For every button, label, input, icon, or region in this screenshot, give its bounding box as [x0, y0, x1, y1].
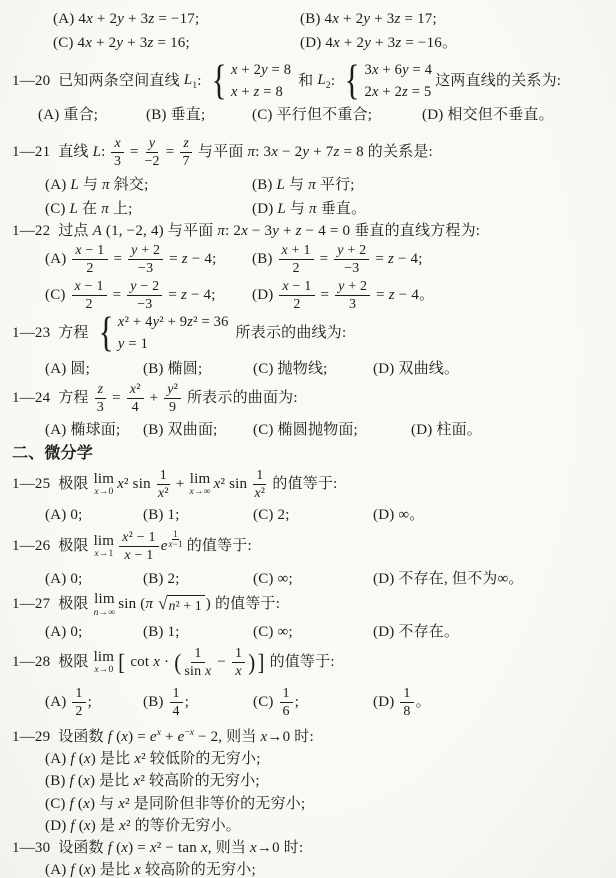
- equation-system: {3x + 6y = 42x + 2z = 5: [342, 60, 432, 104]
- text: (B): [252, 176, 277, 196]
- text: (A): [53, 10, 78, 30]
- math-fraction: x² − 1x − 1: [119, 530, 159, 564]
- math-fraction: y − 2−3: [127, 279, 162, 313]
- equation-system: {x² + 4y² + 9z² = 36y = 1: [96, 312, 229, 356]
- fraction-denominator: 7: [183, 153, 190, 169]
- math-text: L: [277, 200, 286, 220]
- fraction-numerator: z: [180, 136, 192, 153]
- limit-subscript: x→0: [94, 488, 113, 498]
- text: (D) ∞。: [373, 506, 424, 526]
- text: 1—29 设函数: [12, 728, 108, 748]
- cell: (B) 1;: [143, 623, 253, 643]
- fraction-denominator: −3: [137, 296, 152, 312]
- system-equations: x² + 4y² + 9z² = 36y = 1: [118, 312, 229, 356]
- text: (D): [252, 286, 277, 306]
- question-1-25: 1—25 极限 limx→0x² sin 1x² + limx→∞x² sin …: [12, 468, 338, 502]
- question-1-20: 1—20 已知两条空间直线 L1: {x + 2y = 8x + z = 8 和…: [12, 60, 561, 104]
- text: (C) ∞;: [253, 623, 293, 643]
- text: (B): [300, 10, 325, 30]
- exp-fraction-term: e1x−1: [161, 537, 183, 557]
- cell: (D) ∞。: [373, 506, 424, 526]
- fraction-denominator: 4: [173, 703, 180, 719]
- text: 1—26 极限: [12, 537, 93, 557]
- cell: (B) 椭圆;: [143, 360, 253, 380]
- math-fraction: 14: [170, 686, 183, 720]
- fraction-denominator: x²: [254, 485, 265, 501]
- cell: 1—30 设函数 f (x) = x² − tan x, 则当 x→0 时:: [12, 839, 303, 859]
- cell: 1—26 极限 limx→1x² − 1x − 1e1x−1 的值等于:: [12, 530, 252, 564]
- math-text: =: [317, 286, 334, 306]
- text: (D) 不存在。: [373, 623, 459, 643]
- system-equation: 3x + 6y = 4: [365, 60, 433, 82]
- cell: 1—23 方程 {x² + 4y² + 9z² = 36y = 1 所表示的曲线…: [12, 312, 346, 356]
- text: , 则当: [208, 839, 250, 859]
- math-text: π: [309, 200, 317, 220]
- text: :: [101, 143, 109, 163]
- math-text: x²: [133, 772, 145, 792]
- text: 1—23 方程: [12, 324, 93, 344]
- math-text: +: [161, 728, 178, 748]
- system-equations: x + 2y = 8x + z = 8: [231, 60, 291, 104]
- cell: (A) x − 12 = y + 2−3 = z − 4;: [45, 243, 252, 277]
- math-fraction: x − 12: [72, 279, 107, 313]
- cell: (C) 平行但不重合;: [252, 106, 422, 126]
- system-equations: 3x + 6y = 42x + 2z = 5: [365, 60, 433, 104]
- math-text: = z − 4;: [164, 286, 215, 306]
- cell: (C) 4x + 2y + 3z = 16;: [53, 34, 300, 54]
- big-bracket: ): [248, 648, 255, 679]
- cell: (D) f (x) 是 x² 的等价无穷小。: [45, 817, 241, 837]
- text: 的值等于:: [211, 595, 280, 615]
- fraction-numerator: x²: [127, 382, 144, 399]
- system-brace: {: [345, 63, 360, 101]
- math-fraction: 1x²: [157, 468, 170, 502]
- text: 所表示的曲面为:: [183, 389, 298, 409]
- math-text: 4x + 2y + 3z = −16。: [325, 34, 457, 54]
- text: 垂直的直线方程为:: [350, 222, 480, 242]
- text: (A): [45, 861, 70, 878]
- fraction-denominator: x²: [158, 485, 169, 501]
- question-1-21: 1—21 直线 L: x3 = y−2 = z7 与平面 π: 3x − 2y …: [12, 136, 433, 170]
- cell: (A) 0;: [45, 506, 143, 526]
- text: 是比: [96, 861, 134, 878]
- text: (D): [45, 817, 70, 837]
- limit-subscript: x→∞: [190, 488, 211, 498]
- text: (A) 0;: [45, 570, 82, 590]
- equation-system: {x + 2y = 8x + z = 8: [209, 60, 292, 104]
- option-1-29-a: (A) f (x) 是比 x² 较低阶的无穷小;: [45, 750, 261, 770]
- text: (D) 柱面。: [411, 421, 482, 441]
- limit-subscript: x→0: [94, 666, 113, 676]
- limit-word: lim: [94, 534, 115, 549]
- superscript-term: ex: [150, 727, 161, 748]
- question-1-22: 1—22 过点 A (1, −2, 4) 与平面 π: 2x − 3y + z …: [12, 222, 480, 242]
- fraction-numerator: y + 2: [128, 243, 163, 260]
- text: :: [331, 72, 339, 92]
- math-text: +: [172, 475, 189, 495]
- text: 1—22 过点: [12, 222, 93, 242]
- options-1-26: (A) 0;(B) 2;(C) ∞;(D) 不存在, 但不为∞。: [45, 570, 524, 590]
- text: 是比: [95, 772, 133, 792]
- fraction-numerator: x² − 1: [119, 530, 159, 547]
- cell: (B) 垂直;: [146, 106, 252, 126]
- cell: (D) 不存在。: [373, 623, 459, 643]
- fraction-numerator: y: [146, 136, 158, 153]
- fraction-numerator: x − 1: [72, 243, 107, 260]
- limit-operator: limx→0: [94, 650, 115, 676]
- cell: 1—21 直线 L: x3 = y−2 = z7 与平面 π: 3x − 2y …: [12, 136, 433, 170]
- limit-subscript: n→∞: [94, 609, 116, 619]
- text: 平行;: [316, 176, 355, 196]
- system-equation: x² + 4y² + 9z² = 36: [118, 312, 229, 334]
- limit-word: lim: [94, 650, 115, 665]
- big-bracket: [: [118, 648, 125, 679]
- text: 所表示的曲线为:: [232, 324, 347, 344]
- text: (C): [45, 795, 70, 815]
- cell: (D) 双曲线。: [373, 360, 459, 380]
- options-1-28: (A) 12;(B) 14;(C) 16;(D) 18。: [45, 686, 431, 720]
- cell: (D) L 与 π 垂直。: [252, 200, 366, 220]
- math-text: =: [108, 389, 125, 409]
- options-1-25: (A) 0;(B) 1;(C) 2;(D) ∞。: [45, 506, 424, 526]
- text: (A) 0;: [45, 623, 82, 643]
- fraction-denominator: 8: [403, 703, 410, 719]
- math-text: x: [134, 861, 141, 878]
- math-text: sin (π: [118, 595, 157, 615]
- fraction-numerator: 1: [157, 468, 170, 485]
- subscript-term: L2: [317, 71, 331, 92]
- options-1-20: (A) 重合;(B) 垂直;(C) 平行但不重合;(D) 相交但不垂直。: [38, 106, 554, 126]
- text: (A) 0;: [45, 506, 82, 526]
- text: 与平面: [194, 143, 248, 163]
- big-bracket: (: [174, 648, 181, 679]
- text: 的关系是:: [364, 143, 433, 163]
- math-text: =: [110, 250, 127, 270]
- cell: (C) x − 12 = y − 2−3 = z − 4;: [45, 279, 252, 313]
- fraction-numerator: 1: [232, 646, 245, 663]
- text: 1—30 设函数: [12, 839, 108, 859]
- text: ;: [185, 693, 189, 713]
- math-fraction: 18: [400, 686, 413, 720]
- text: 在: [78, 200, 101, 220]
- cell: 1—29 设函数 f (x) = ex + e−x − 2, 则当 x→0 时:: [12, 727, 314, 748]
- text: 1—21 直线: [12, 143, 93, 163]
- text: (A): [45, 750, 70, 770]
- cell: (D) x − 12 = y + 23 = z − 4。: [252, 279, 434, 313]
- math-text: L: [277, 176, 286, 196]
- fraction-numerator: x − 1: [279, 279, 314, 296]
- text: :: [255, 143, 263, 163]
- cell: (C) 2;: [253, 506, 373, 526]
- text: →0 时:: [257, 839, 303, 859]
- text: (C): [45, 200, 70, 220]
- text: (B): [143, 693, 168, 713]
- question-1-23: 1—23 方程 {x² + 4y² + 9z² = 36y = 1 所表示的曲线…: [12, 312, 346, 356]
- cell: (A) 12;: [45, 686, 143, 720]
- math-fraction: 1sin x: [184, 646, 211, 680]
- text: 的等价无穷小。: [131, 817, 241, 837]
- fraction-denominator: 6: [283, 703, 290, 719]
- cell: (B) 1;: [143, 506, 253, 526]
- math-fraction: x + 12: [279, 243, 314, 277]
- math-text: π: [308, 176, 316, 196]
- math-fraction: y + 2−3: [334, 243, 369, 277]
- math-text: f (x): [70, 750, 96, 770]
- text: 。: [416, 693, 431, 713]
- math-text: = z − 4。: [372, 286, 434, 306]
- option-1-30-a: (A) f (x) 是比 x 较高阶的无穷小;: [45, 861, 256, 878]
- section-heading-calculus: 二、微分学: [12, 444, 93, 465]
- math-text: f (x): [70, 817, 96, 837]
- radicand: n² + 1: [167, 595, 205, 615]
- text: (A): [45, 176, 70, 196]
- fraction-denominator: sin x: [184, 663, 211, 679]
- cell: (B) x + 12 = y + 2−3 = z − 4;: [252, 243, 423, 277]
- cell: 1—24 方程 z3 = x²4 + y²9 所表示的曲面为:: [12, 382, 298, 416]
- fraction-numerator: x − 1: [72, 279, 107, 296]
- math-text: +: [146, 389, 163, 409]
- text: 是: [96, 817, 119, 837]
- text: (C) 2;: [253, 506, 290, 526]
- text: (D) 相交但不垂直。: [422, 106, 554, 126]
- math-fraction: y²9: [164, 382, 181, 416]
- fraction-denominator: −3: [344, 260, 359, 276]
- math-text: A: [93, 222, 102, 242]
- text: (1, −2, 4) 与平面: [102, 222, 217, 242]
- fraction-denominator: 3: [349, 296, 356, 312]
- math-fraction: y + 23: [335, 279, 370, 313]
- text: 的值等于:: [268, 475, 337, 495]
- math-text: =: [162, 143, 179, 163]
- cell: (B) 14;: [143, 686, 253, 720]
- math-fraction: y−2: [144, 136, 159, 170]
- options-1-22-ab: (A) x − 12 = y + 2−3 = z − 4;(B) x + 12 …: [45, 243, 423, 277]
- math-fraction: 12: [72, 686, 85, 720]
- text: (D): [300, 34, 325, 54]
- math-text: x² sin: [117, 475, 155, 495]
- fraction-denominator: 2: [86, 260, 93, 276]
- fraction-denominator: x−1: [169, 540, 183, 549]
- math-fraction: 1x: [232, 646, 245, 680]
- cell: (C) 16;: [253, 686, 373, 720]
- text: 是比: [96, 750, 134, 770]
- text: 与: [285, 176, 308, 196]
- math-text: π: [247, 143, 255, 163]
- text: 1—28 极限: [12, 653, 93, 673]
- fraction-numerator: y − 2: [127, 279, 162, 296]
- limit-subscript: x→1: [94, 550, 113, 560]
- text: 斜交;: [110, 176, 149, 196]
- math-fraction: x − 12: [279, 279, 314, 313]
- text: (C) 平行但不重合;: [252, 106, 372, 126]
- text: (D): [373, 693, 398, 713]
- math-text: =: [316, 250, 333, 270]
- fraction-denominator: x: [235, 663, 241, 679]
- text: 这两直线的关系为:: [435, 72, 561, 92]
- fraction-denominator: 3: [114, 153, 121, 169]
- text: (B) 1;: [143, 623, 180, 643]
- fraction-numerator: 1: [280, 686, 293, 703]
- math-text: cot x ·: [126, 653, 173, 673]
- cell: 1—20 已知两条空间直线 L1: {x + 2y = 8x + z = 8 和…: [12, 60, 561, 104]
- text: ;: [88, 693, 92, 713]
- system-brace: {: [98, 315, 113, 353]
- cell: 二、微分学: [12, 444, 93, 465]
- limit-operator: limx→∞: [190, 472, 211, 498]
- math-text: L: [70, 176, 79, 196]
- text: (D): [252, 200, 277, 220]
- text: (B) 2;: [143, 570, 180, 590]
- math-text: x: [261, 728, 268, 748]
- math-text: π: [217, 222, 225, 242]
- options-1-22-cd: (C) x − 12 = y − 2−3 = z − 4;(D) x − 12 …: [45, 279, 434, 313]
- question-1-24: 1—24 方程 z3 = x²4 + y²9 所表示的曲面为:: [12, 382, 298, 416]
- math-text: = z − 4;: [165, 250, 216, 270]
- math-text: 4x + 2y + 3z = −17;: [78, 10, 199, 30]
- cell: (C) 椭圆抛物面;: [253, 421, 411, 441]
- text: 的值等于:: [266, 653, 335, 673]
- cell: (D) 4x + 2y + 3z = −16。: [300, 34, 457, 54]
- fraction-numerator: 1: [253, 468, 266, 485]
- text: 1—25 极限: [12, 475, 93, 495]
- math-text: f (x) =: [108, 728, 150, 748]
- text: (B): [45, 772, 70, 792]
- option-1-29-c: (C) f (x) 与 x² 是同阶但非等价的无穷小;: [45, 795, 305, 815]
- text: (C): [45, 286, 70, 306]
- cell: (C) L 在 π 上;: [45, 200, 252, 220]
- text: :: [225, 222, 233, 242]
- text: (C): [53, 34, 78, 54]
- fraction-numerator: x + 1: [279, 243, 314, 260]
- fraction-numerator: 1: [400, 686, 413, 703]
- fraction-denominator: 2: [86, 296, 93, 312]
- cell: (B) 双曲面;: [143, 421, 253, 441]
- text: (B) 双曲面;: [143, 421, 218, 441]
- fraction-numerator: 1: [72, 686, 85, 703]
- system-brace: {: [211, 63, 226, 101]
- cell: (A) 4x + 2y + 3z = −17;: [53, 10, 300, 30]
- cell: 1—25 极限 limx→0x² sin 1x² + limx→∞x² sin …: [12, 468, 338, 502]
- question-1-27: 1—27 极限 limn→∞sin (π √n² + 1) 的值等于:: [12, 592, 280, 618]
- math-text: x: [250, 839, 257, 859]
- math-text: x²: [134, 750, 146, 770]
- cell: (A) 0;: [45, 570, 143, 590]
- cell: (D) 相交但不垂直。: [422, 106, 554, 126]
- options-1-27: (A) 0;(B) 1;(C) ∞;(D) 不存在。: [45, 623, 459, 643]
- math-text: f (x): [70, 772, 96, 792]
- limit-word: lim: [94, 592, 115, 607]
- text: 较高阶的无穷小;: [145, 772, 260, 792]
- fraction-numerator: y²: [164, 382, 181, 399]
- text: 是同阶但非等价的无穷小;: [130, 795, 306, 815]
- text: (B): [252, 250, 277, 270]
- math-text: =: [126, 143, 143, 163]
- question-1-30: 1—30 设函数 f (x) = x² − tan x, 则当 x→0 时:: [12, 839, 303, 859]
- limit-operator: limn→∞: [94, 592, 116, 618]
- math-fraction: z3: [95, 382, 107, 416]
- text: 与: [79, 176, 102, 196]
- text: 二、微分学: [12, 444, 93, 465]
- cell: (A) f (x) 是比 x² 较低阶的无穷小;: [45, 750, 261, 770]
- cell: (D) 柱面。: [411, 421, 482, 441]
- fraction-numerator: x: [111, 136, 123, 153]
- text: (A): [45, 693, 70, 713]
- question-1-29: 1—29 设函数 f (x) = ex + e−x − 2, 则当 x→0 时:: [12, 727, 314, 748]
- cell: (A) 圆;: [45, 360, 143, 380]
- cell: (B) 4x + 2y + 3z = 17;: [300, 10, 437, 30]
- cell: (D) 18。: [373, 686, 431, 720]
- cell: (C) f (x) 与 x² 是同阶但非等价的无穷小;: [45, 795, 305, 815]
- cell: (B) L 与 π 平行;: [252, 176, 355, 196]
- fraction-numerator: z: [95, 382, 107, 399]
- text: 1—24 方程: [12, 389, 93, 409]
- limit-operator: limx→0: [94, 472, 115, 498]
- text: (C) 抛物线;: [253, 360, 328, 380]
- fraction-denominator: 2: [293, 260, 300, 276]
- subscript-term: L1: [184, 71, 198, 92]
- text: 与: [95, 795, 118, 815]
- fraction-denominator: −2: [144, 153, 159, 169]
- math-text: L: [70, 200, 79, 220]
- text: 上;: [109, 200, 133, 220]
- text: (A) 重合;: [38, 106, 98, 126]
- fraction-numerator: 1: [170, 686, 183, 703]
- options-1-21-cd: (C) L 在 π 上;(D) L 与 π 垂直。: [45, 200, 366, 220]
- text: :: [197, 72, 205, 92]
- text: 与: [286, 200, 309, 220]
- limit-operator: limx→1: [94, 534, 115, 560]
- options-prev-cd: (C) 4x + 2y + 3z = 16;(D) 4x + 2y + 3z =…: [53, 34, 457, 54]
- question-1-28: 1—28 极限 limx→0[ cot x · (1sin x − 1x)] 的…: [12, 646, 335, 680]
- math-fraction: y + 2−3: [128, 243, 163, 277]
- fraction-denominator: 9: [169, 399, 176, 415]
- text: (A): [45, 250, 70, 270]
- system-equation: y = 1: [118, 334, 229, 356]
- sqrt-radical: √n² + 1: [158, 595, 205, 615]
- option-1-29-d: (D) f (x) 是 x² 的等价无穷小。: [45, 817, 241, 837]
- options-1-24: (A) 椭球面;(B) 双曲面;(C) 椭圆抛物面;(D) 柱面。: [45, 421, 482, 441]
- text: (D) 双曲线。: [373, 360, 459, 380]
- cell: (A) 重合;: [38, 106, 146, 126]
- big-bracket: ]: [257, 648, 264, 679]
- text: 较高阶的无穷小;: [141, 861, 256, 878]
- cell: (A) f (x) 是比 x 较高阶的无穷小;: [45, 861, 256, 878]
- text: (A) 圆;: [45, 360, 90, 380]
- text: (C) ∞;: [253, 570, 293, 590]
- option-1-29-b: (B) f (x) 是比 x² 较高阶的无穷小;: [45, 772, 260, 792]
- text: (A) 椭球面;: [45, 421, 120, 441]
- math-text: − 2: [194, 728, 218, 748]
- text: 较低阶的无穷小;: [146, 750, 261, 770]
- math-fraction: x²4: [127, 382, 144, 416]
- text: 1—27 极限: [12, 595, 93, 615]
- text: (C) 椭圆抛物面;: [253, 421, 358, 441]
- math-fraction: x − 12: [72, 243, 107, 277]
- fraction-denominator: 2: [75, 703, 82, 719]
- cell: (D) 不存在, 但不为∞。: [373, 570, 524, 590]
- text: , 则当: [218, 728, 260, 748]
- text: 和: [294, 72, 317, 92]
- fraction-denominator: 2: [293, 296, 300, 312]
- text: →0 时:: [267, 728, 313, 748]
- exponent-fraction: 1x−1: [169, 530, 183, 550]
- options-prev-ab: (A) 4x + 2y + 3z = −17;(B) 4x + 2y + 3z …: [53, 10, 437, 30]
- cell: 1—28 极限 limx→0[ cot x · (1sin x − 1x)] 的…: [12, 646, 335, 680]
- math-text: =: [109, 286, 126, 306]
- cell: (B) 2;: [143, 570, 253, 590]
- fraction-numerator: y + 2: [334, 243, 369, 260]
- text: (C): [253, 693, 278, 713]
